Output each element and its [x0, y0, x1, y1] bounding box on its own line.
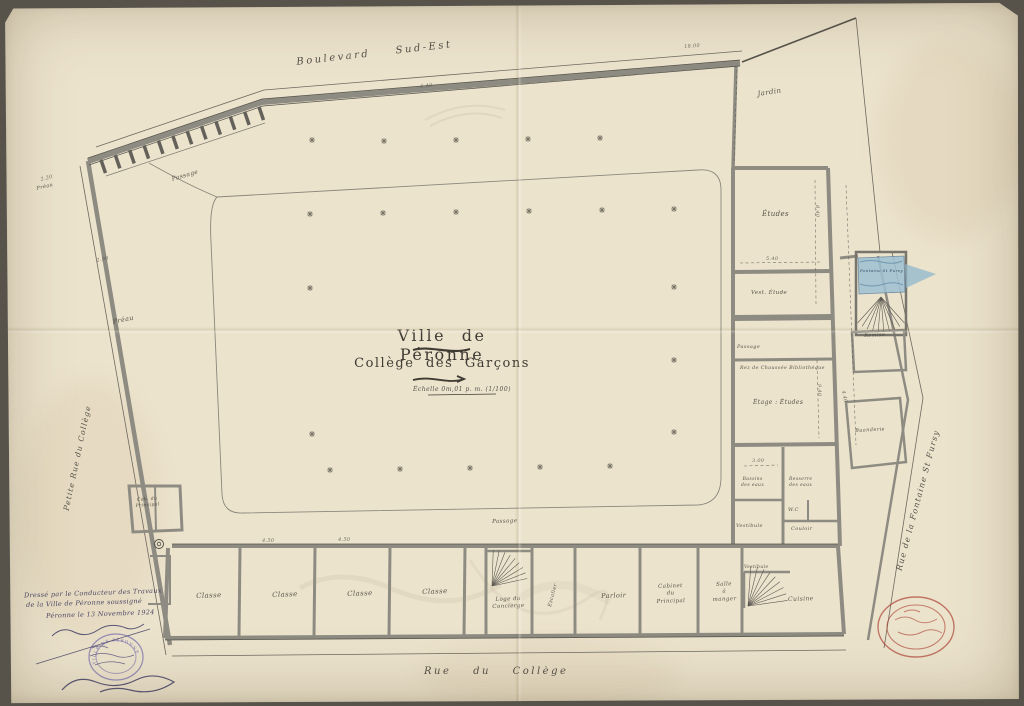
room-label-fontaine-st-fursy: Fontaine St Fursy [860, 268, 903, 273]
room-label-rdc-bibliotheque: Rez de Chaussée Bibliothèque [740, 366, 825, 372]
room-label-vest-etude: Vest. Étude [751, 290, 787, 297]
dimension-label: 8.40 [814, 205, 820, 217]
street-name-rue-fontaine-st-fursy: Rue de la Fontaine St Fursy [895, 429, 941, 572]
dimension-label: 2.90 [96, 255, 109, 263]
dimension-label: 3.00 [752, 458, 764, 464]
scale-note: Échelle 0m,01 p. m. (1/100) [392, 386, 532, 393]
street-name-rue-du-college: Rue du Collège [424, 666, 568, 677]
annotation-line-2: de la Ville de Péronne soussigné [26, 597, 142, 609]
room-label-escalier: Escalier [547, 583, 560, 608]
dimension-label: 5.40 [766, 256, 778, 262]
room-label-classe-4: Classe [422, 587, 448, 597]
room-label-passage-top-left: Passage [171, 168, 199, 183]
room-label-cuisine: Cuisine [788, 595, 814, 604]
dimension-label: 4.50 [262, 538, 274, 544]
scanned-plan-document: VILLE DE PÉRONNE Boulevard Sud-Est [0, 0, 1024, 706]
room-label-etage-etudes: Étage : Études [753, 399, 803, 407]
room-label-remise: Remise [864, 332, 885, 340]
room-label-couloir: Couloir [791, 526, 812, 533]
room-label-resserre: Resserre des eaux [789, 477, 813, 489]
plan-paper: VILLE DE PÉRONNE Boulevard Sud-Est [0, 0, 1024, 706]
room-label-loge-du-concierge: Loge du Concierge [492, 596, 525, 612]
room-label-wc: W.C [788, 507, 799, 514]
dimension-label: 6.40 [420, 82, 433, 89]
room-label-parloir: Parloir [601, 591, 626, 601]
room-label-preau: Préau [112, 314, 135, 327]
room-label-jardin: Jardin [757, 87, 782, 100]
plan-subtitle: Collège des Garçons [352, 356, 532, 371]
room-label-passage-right: Passage [737, 344, 760, 351]
dimension-label: 18.00 [684, 43, 700, 50]
room-label-buanderie: Buanderie [855, 426, 885, 434]
room-label-etudes: Études [762, 210, 789, 219]
room-label-salle-a-manger: Salle à manger [712, 581, 737, 604]
room-label-preau-small: Préau [36, 182, 54, 193]
street-name-boulevard-sud-est: Boulevard Sud-Est [296, 39, 453, 68]
room-label-bassins: Bassins des eaux [741, 477, 764, 489]
label-layer: Boulevard Sud-Est Rue du Collège Petite … [0, 0, 1024, 706]
room-label-vestibule-right: Vestibule [736, 523, 763, 530]
room-label-classe-2: Classe [272, 590, 298, 600]
room-label-classe-3: Classe [347, 589, 373, 599]
dimension-label: 4.40 [840, 390, 848, 403]
room-label-cab-du-principal: Cab. du Principal [135, 496, 160, 510]
room-label-classe-1: Classe [196, 591, 222, 601]
dimension-label: 4.50 [338, 537, 350, 543]
room-label-vestibule-bottom: Vestibule [744, 565, 769, 571]
dimension-label: 9.40 [816, 384, 822, 396]
annotation-line-3: Péronne le 13 Novembre 1924 [46, 608, 155, 620]
room-label-cabinet-du-principal: Cabinet du Principal [656, 583, 685, 606]
street-name-petite-rue-du-college: Petite Rue du Collège [62, 404, 93, 511]
room-label-passage-mid: Passage [492, 518, 517, 526]
